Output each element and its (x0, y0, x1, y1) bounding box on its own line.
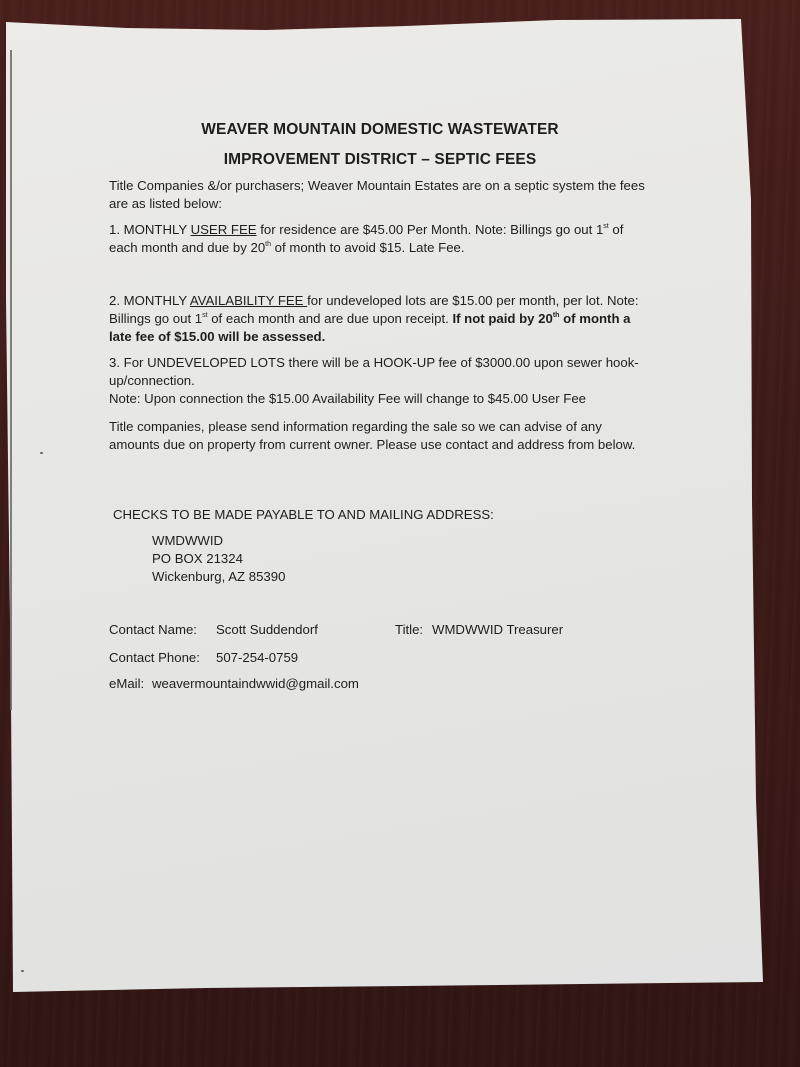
item-1-prefix: 1. MONTHLY (109, 222, 191, 237)
item-2-text: of each month and are due upon receipt. (208, 311, 453, 326)
item-3-text: 3. For UNDEVELOPED LOTS there will be a … (109, 354, 654, 390)
address-po-box: PO BOX 21324 (152, 551, 243, 566)
contact-phone-label: Contact Phone: (109, 650, 200, 665)
contact-title-label: Title: (395, 622, 423, 637)
item-3-hookup-fee: 3. For UNDEVELOPED LOTS there will be a … (109, 354, 654, 408)
title-line-1: WEAVER MOUNTAIN DOMESTIC WASTEWATER (0, 121, 760, 139)
address-city: Wickenburg, AZ 85390 (152, 569, 285, 584)
item-1-text: for residence are $45.00 Per Month. Note… (257, 222, 604, 237)
contact-title-value: WMDWWID Treasurer (432, 622, 563, 637)
checks-heading: CHECKS TO BE MADE PAYABLE TO AND MAILING… (113, 507, 494, 522)
title-line-2: IMPROVEMENT DISTRICT – SEPTIC FEES (0, 151, 760, 169)
item-2-bold-text: If not paid by 20 (452, 311, 552, 326)
paper-speck (40, 452, 43, 454)
item-2-availability-fee: 2. MONTHLY AVAILABILITY FEE for undevelo… (109, 292, 654, 346)
contact-email-value: weavermountaindwwid@gmail.com (152, 676, 359, 691)
title-companies-note: Title companies, please send information… (109, 418, 654, 454)
contact-phone-value: 507-254-0759 (216, 650, 298, 665)
item-1-text: of month to avoid $15. Late Fee. (271, 240, 465, 255)
item-1-user-fee: 1. MONTHLY USER FEE for residence are $4… (109, 221, 654, 257)
paper-speck (21, 970, 24, 972)
margin-line (10, 50, 12, 710)
item-3-note: Note: Upon connection the $15.00 Availab… (109, 390, 654, 408)
item-2-prefix: 2. MONTHLY (109, 293, 190, 308)
address-name: WMDWWID (152, 533, 223, 548)
contact-email-label: eMail: (109, 676, 144, 691)
intro-paragraph: Title Companies &/or purchasers; Weaver … (109, 177, 654, 213)
item-1-underlined-label: USER FEE (191, 222, 257, 237)
contact-name-label: Contact Name: (109, 622, 197, 637)
contact-name-value: Scott Suddendorf (216, 622, 318, 637)
item-2-underlined-label: AVAILABILITY FEE (190, 293, 307, 308)
paper-sheet (6, 0, 766, 992)
